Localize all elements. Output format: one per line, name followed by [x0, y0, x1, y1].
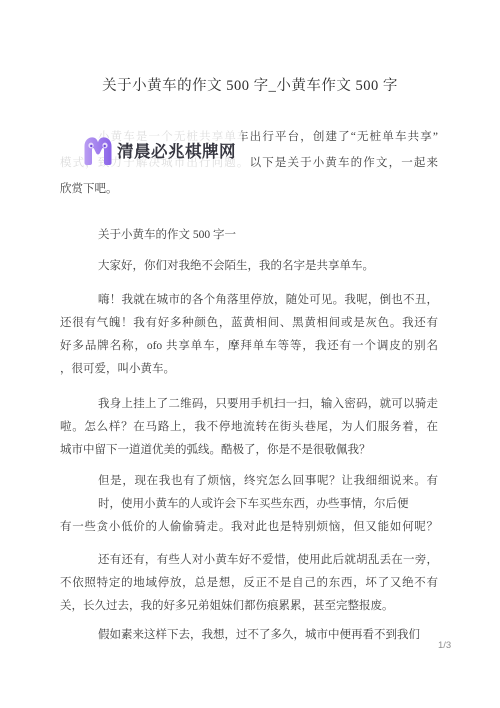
paragraph: 大家好，你们对我绝不会陌生，我的名字是共享单车。 — [60, 255, 438, 278]
paragraph: 嗨！我就在城市的各个角落里停放，随处可见。我呢，倒也不丑， 还很有气魄！我有好多… — [60, 289, 438, 381]
paragraph: 但是，现在我也有了烦恼，终究怎么回事呢？让我细细说来。有 时，使用小黄车的人或许… — [60, 470, 438, 539]
section-heading: 关于小黄车的作文 500 字一 — [60, 224, 438, 247]
text-line: 我身上挂上了二维码，只要用手机扫一扫，输入密码，就可以骑走 — [60, 393, 438, 416]
text-line: ，很可爱，叫小黄车。 — [60, 358, 438, 381]
text-line: 城市中留下一道道优美的弧线。酷极了，你是不是很敬佩我？ — [60, 439, 438, 462]
watermark: 清晨必兆棋牌网 — [56, 126, 242, 173]
text-line: 关于小黄车的作文 500 字一 — [60, 224, 438, 247]
text-line: 时，使用小黄车的人或许会下车买些东西，办些事情，尔后便 — [60, 493, 438, 516]
essay-content: 小黄车是一个无桩共享单车出行平台，创建了“无桩单车共享” 模式，致力于解决城市出… — [60, 124, 438, 647]
paragraph: 还有还有，有些人对小黄车好不爱惜，使用此后就胡乱丢在一旁， 不依照特定的地域停放… — [60, 549, 438, 618]
site-logo-m-mascot-icon — [83, 134, 113, 166]
text-line: 嗨！我就在城市的各个角落里停放，随处可见。我呢，倒也不丑， — [60, 289, 438, 312]
page-title: 关于小黄车的作文 500 字_小黄车作文 500 字 — [0, 74, 500, 95]
text-line: 还有还有，有些人对小黄车好不爱惜，使用此后就胡乱丢在一旁， — [60, 549, 438, 572]
paragraph: 我身上挂上了二维码，只要用手机扫一扫，输入密码，就可以骑走 啦。怎么样？在马路上… — [60, 393, 438, 462]
paragraph: 假如素来这样下去，我想，过不了多久，城市中便再看不到我们 — [60, 624, 438, 647]
text-line: 但是，现在我也有了烦恼，终究怎么回事呢？让我细细说来。有 — [60, 470, 438, 493]
text-line: 大家好，你们对我绝不会陌生，我的名字是共享单车。 — [60, 255, 438, 278]
text-line: 还很有气魄！我有好多种颜色，蓝黄相间、黑黄相间或是灰色。我还有 — [60, 312, 438, 335]
text-line: 有一些贪小低价的人偷偷骑走。我对此也是特别烦恼，但又能如何呢？ — [60, 516, 438, 539]
text-line: 欣赏下吧。 — [60, 176, 438, 202]
page-number: 1/3 — [438, 640, 451, 651]
document-page: 关于小黄车的作文 500 字_小黄车作文 500 字 小黄车是一个无桩共享单车出… — [0, 0, 500, 708]
text-line: 不依照特定的地域停放，总是想，反正不是自己的东西，坏了又绝不有 — [60, 572, 438, 595]
watermark-site-name: 清晨必兆棋牌网 — [117, 138, 236, 162]
text-line: 啦。怎么样？在马路上，我不停地流转在街头巷尾，为人们服务着，在 — [60, 416, 438, 439]
text-line: 关，长久过去，我的好多兄弟姐妹们都伤痕累累，甚至完整报废。 — [60, 595, 438, 618]
text-line: 假如素来这样下去，我想，过不了多久，城市中便再看不到我们 — [60, 624, 438, 647]
text-line: 好多品牌名称，ofo 共享单车，摩拜单车等等，我还有一个调皮的别名 — [60, 335, 438, 358]
